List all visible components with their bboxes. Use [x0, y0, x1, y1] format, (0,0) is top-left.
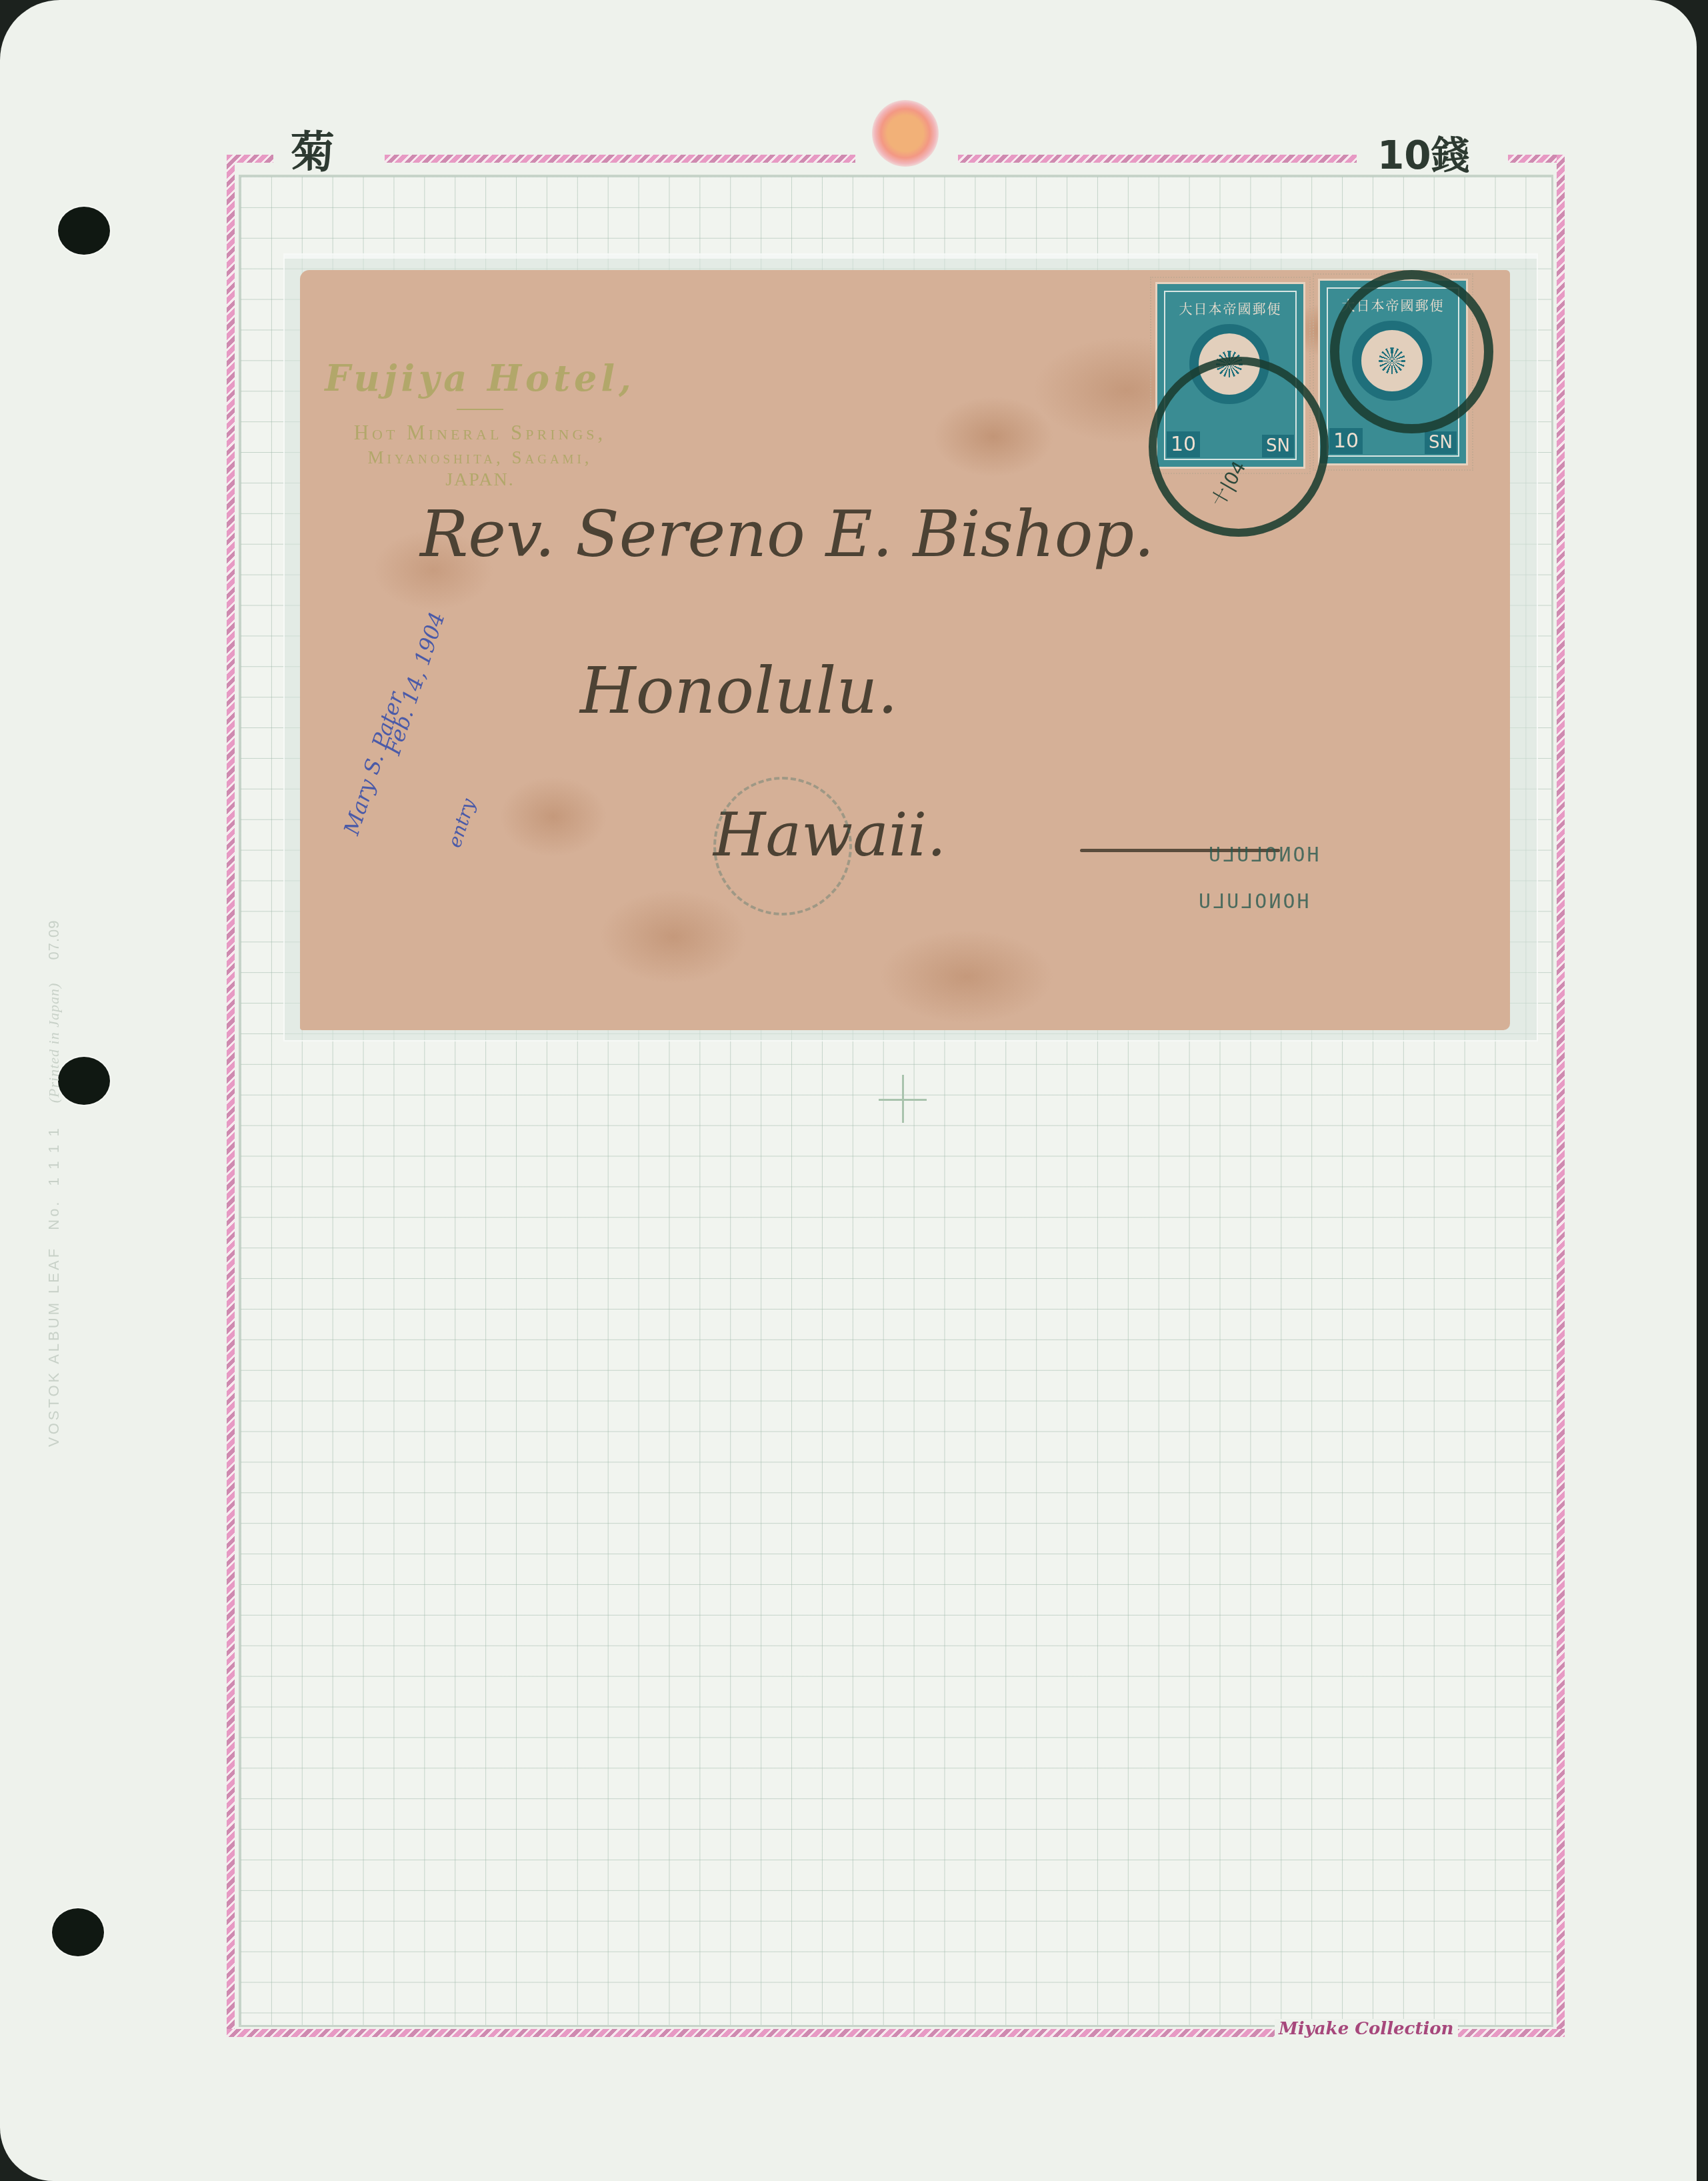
center-mark	[879, 1099, 927, 1101]
frame-top-segment-1	[385, 155, 855, 163]
stamp-value: 10	[1329, 428, 1363, 454]
binder-hole-top	[58, 207, 110, 255]
frame-top-segment-2	[958, 155, 1357, 163]
chrysanthemum-seal-icon	[872, 100, 939, 167]
album-page: VOSTOK ALBUM LEAF No. 1111 (Printed in J…	[0, 0, 1697, 2181]
hotel-letterhead: Fujiya Hotel, Hot Mineral Springs, Miyan…	[307, 357, 653, 491]
header-denomination-label: 10錢	[1377, 136, 1470, 175]
stamp-legend: 大日本帝國郵便	[1157, 299, 1303, 318]
binder-hole-bottom	[52, 1908, 104, 1956]
frame-right	[1557, 155, 1565, 2037]
letterhead-divider	[457, 409, 503, 410]
letterhead-title: Fujiya Hotel,	[307, 357, 653, 399]
leaf-imprint: VOSTOK ALBUM LEAF No. 1111 (Printed in J…	[45, 1167, 72, 1447]
receiving-mark-line-2: HONOLULU	[1197, 890, 1309, 913]
letterhead-line-1: Hot Mineral Springs,	[307, 419, 653, 446]
imprint-number: 1111	[45, 1119, 62, 1186]
letterhead-line-2: Miyanoshita, Sagami,	[307, 446, 653, 469]
postal-cover: Fujiya Hotel, Hot Mineral Springs, Miyan…	[300, 270, 1510, 1030]
imprint-code: 07.09	[45, 919, 62, 959]
pencil-note-line-3: entry	[443, 796, 480, 851]
imprint-printed: (Printed in Japan)	[45, 983, 62, 1104]
postmark-circle-2	[1330, 270, 1493, 433]
letterhead-line-3: JAPAN.	[307, 469, 653, 491]
receiving-mark-circle	[713, 777, 852, 915]
imprint-brand: VOSTOK ALBUM LEAF	[45, 1246, 62, 1447]
frame-left	[227, 155, 235, 2037]
collection-signature: Miyake Collection	[1275, 2019, 1458, 2039]
receiving-mark-line-1: HONOLULU	[1207, 843, 1319, 867]
postmark-circle-1	[1149, 357, 1329, 537]
binder-hole-middle	[58, 1057, 110, 1105]
address-line-1: Rev. Sereno E. Bishop.	[420, 497, 1155, 571]
pencil-note-line-2: Feb. 14, 1904	[380, 609, 450, 758]
header-chrysanthemum-label: 菊	[291, 131, 335, 175]
imprint-number-label: No.	[45, 1200, 62, 1230]
address-line-2: Honolulu.	[580, 653, 898, 728]
stamp-currency: SN	[1425, 431, 1457, 454]
